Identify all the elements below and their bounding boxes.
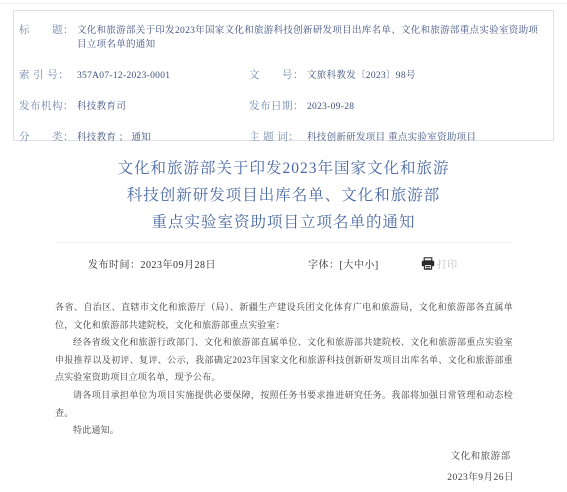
- font-size-control: 字体：[大中小]: [308, 256, 379, 271]
- signature-block: 文化和旅游部 2023年9月26日: [447, 447, 514, 489]
- meta-row-index-docno: 索 引 号： 357A07-12-2023-0001 文 号： 文旅科教发〔20…: [19, 67, 543, 83]
- meta-row-agency-date: 发布机构： 科技教育司 发布日期： 2023-09-28: [19, 98, 543, 114]
- publish-time-value: 2023年09月28日: [141, 260, 217, 271]
- meta-docno-label: 文 号：: [249, 67, 307, 82]
- print-label: 打印: [437, 256, 458, 271]
- meta-index-value: 357A07-12-2023-0001: [77, 69, 249, 83]
- page-title: 文化和旅游部关于印发2023年国家文化和旅游 科技创新研发项目出库名单、文化和旅…: [0, 155, 567, 236]
- print-button[interactable]: 打印: [421, 256, 458, 271]
- publish-time: 发布时间：2023年09月28日: [88, 256, 216, 271]
- signature-date: 2023年9月26日: [447, 468, 514, 489]
- page-title-line-1: 文化和旅游部关于印发2023年国家文化和旅游: [0, 155, 567, 182]
- meta-title-value: 文化和旅游部关于印发2023年国家文化和旅游科技创新研发项目出库名单、文化和旅游…: [77, 24, 543, 52]
- meta-row-category-keywords: 分 类： 科技教育 ； 通知 主 题 词： 科技创新研发项目 重点实验室资助项目: [19, 129, 543, 145]
- document-body: 各省、自治区、直辖市文化和旅游厅（局）、新疆生产建设兵团文化体育广电和旅游局，文…: [0, 299, 567, 440]
- paragraph-salutation: 各省、自治区、直辖市文化和旅游厅（局）、新疆生产建设兵团文化体育广电和旅游局，文…: [55, 299, 513, 334]
- meta-keywords-value: 科技创新研发项目 重点实验室资助项目: [307, 131, 543, 145]
- signature-org: 文化和旅游部: [447, 447, 514, 468]
- paragraph-announcement: 经各省级文化和旅游行政部门、文化和旅游部直属单位、文化和旅游部共建院校、文化和旅…: [55, 334, 513, 387]
- page-title-line-2: 科技创新研发项目出库名单、文化和旅游部: [0, 182, 567, 209]
- meta-pubdate-value: 2023-09-28: [307, 100, 543, 114]
- font-size-bracket-close: ]: [375, 260, 379, 271]
- font-size-medium[interactable]: 中: [354, 260, 365, 271]
- top-divider: [0, 3, 567, 4]
- meta-agency-label: 发布机构：: [19, 98, 77, 113]
- meta-category-label: 分 类：: [19, 129, 77, 144]
- title-divider: [57, 242, 512, 243]
- font-size-small[interactable]: 小: [364, 260, 375, 271]
- meta-category-value: 科技教育 ； 通知: [77, 131, 249, 145]
- paragraph-closing: 特此通知。: [55, 422, 513, 440]
- meta-agency-value: 科技教育司: [77, 100, 249, 114]
- printer-icon: [421, 257, 437, 270]
- paragraph-requirements: 请各项目承担单位为项目实施提供必要保障，按照任务书要求推进研究任务。我部将加强日…: [55, 387, 513, 422]
- meta-index-label: 索 引 号：: [19, 67, 77, 82]
- meta-keywords-label: 主 题 词：: [249, 129, 307, 144]
- font-size-label: 字体：: [308, 260, 340, 271]
- font-size-large[interactable]: 大: [343, 260, 354, 271]
- meta-title-label: 标 题：: [19, 22, 77, 37]
- document-meta-table: 标 题： 文化和旅游部关于印发2023年国家文化和旅游科技创新研发项目出库名单、…: [13, 10, 554, 141]
- publish-info-bar: 发布时间：2023年09月28日 字体：[大中小] 打印: [0, 254, 567, 272]
- page-title-line-3: 重点实验室资助项目立项名单的通知: [0, 209, 567, 236]
- publish-time-label: 发布时间：: [88, 260, 141, 271]
- meta-docno-value: 文旅科教发〔2023〕98号: [307, 69, 543, 83]
- meta-row-title: 标 题： 文化和旅游部关于印发2023年国家文化和旅游科技创新研发项目出库名单、…: [19, 22, 543, 52]
- meta-pubdate-label: 发布日期：: [249, 98, 307, 113]
